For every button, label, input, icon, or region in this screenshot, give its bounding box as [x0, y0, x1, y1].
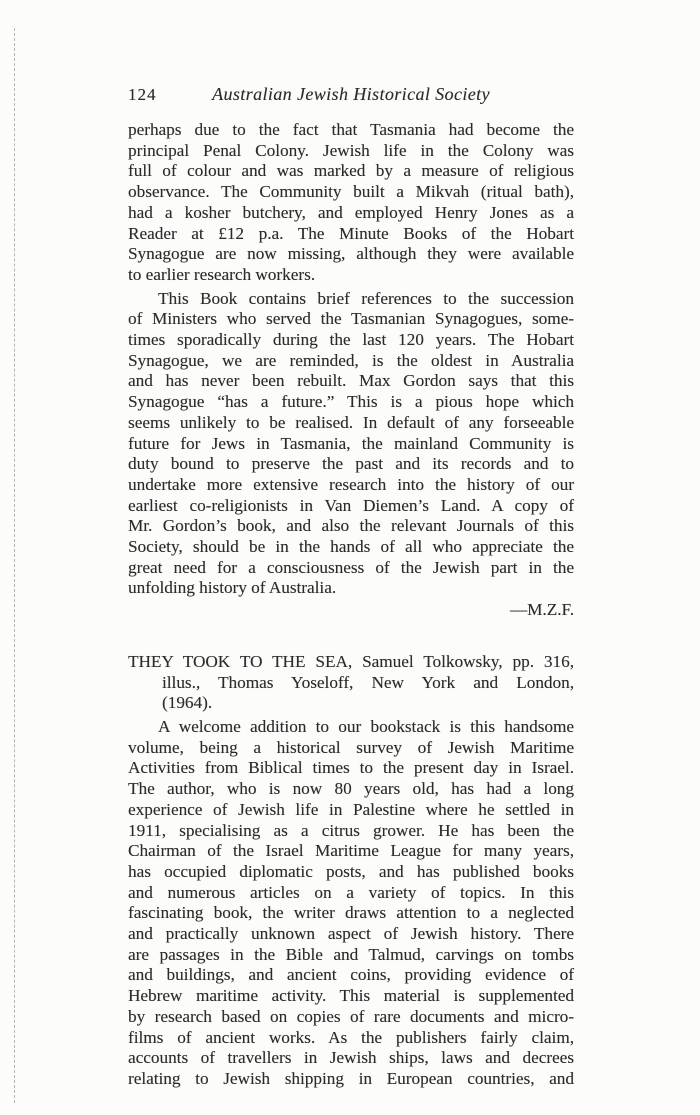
- scan-fold-artifact-line: [14, 28, 15, 1103]
- text-line: are passages in the Bible and Talmud, ca…: [128, 945, 574, 966]
- text-line: volume, being a historical survey of Jew…: [128, 738, 574, 759]
- text-line: seems unlikely to be realised. In defaul…: [128, 413, 574, 434]
- text-line: undertake more extensive research into t…: [128, 475, 574, 496]
- text-line: fascinating book, the writer draws atten…: [128, 903, 574, 924]
- text-line: and buildings, and ancient coins, provid…: [128, 965, 574, 986]
- text-line: THEY TOOK TO THE SEA, Samuel Tolkowsky, …: [128, 652, 574, 673]
- text-line: Synagogue, we are reminded, is the oldes…: [128, 351, 574, 372]
- text-line: illus., Thomas Yoseloff, New York and Lo…: [128, 673, 574, 694]
- text-line: (1964).: [128, 693, 574, 714]
- text-line: and has never been rebuilt. Max Gordon s…: [128, 371, 574, 392]
- reviewer-initials: —M.Z.F.: [128, 600, 574, 621]
- text-line: earliest co-religionists in Van Diemen’s…: [128, 496, 574, 517]
- text-line: Synagogue “has a future.” This is a piou…: [128, 392, 574, 413]
- text-line: observance. The Community built a Mikvah…: [128, 182, 574, 203]
- text-line: Society, should be in the hands of all w…: [128, 537, 574, 558]
- text-line: Reader at £12 p.a. The Minute Books of t…: [128, 224, 574, 245]
- page-content: 124 Australian Jewish Historical Society…: [128, 84, 574, 1090]
- text-line: This Book contains brief references to t…: [128, 289, 574, 310]
- text-line: by research based on copies of rare docu…: [128, 1007, 574, 1028]
- running-header: 124 Australian Jewish Historical Society: [128, 84, 574, 108]
- text-line: of Ministers who served the Tasmanian Sy…: [128, 309, 574, 330]
- text-line: Mr. Gordon’s book, and also the relevant…: [128, 516, 574, 537]
- text-line: A welcome addition to our bookstack is t…: [128, 717, 574, 738]
- text-line: Hebrew maritime activity. This material …: [128, 986, 574, 1007]
- text-line: has occupied diplomatic posts, and has p…: [128, 862, 574, 883]
- text-line: had a kosher butchery, and employed Henr…: [128, 203, 574, 224]
- journal-title: Australian Jewish Historical Society: [128, 84, 574, 105]
- text-line: principal Penal Colony. Jewish life in t…: [128, 141, 574, 162]
- scanned-page: 124 Australian Jewish Historical Society…: [0, 0, 700, 1115]
- text-line: duty bound to preserve the past and its …: [128, 454, 574, 475]
- text-line: Chairman of the Israel Maritime League f…: [128, 841, 574, 862]
- text-line: and numerous articles on a variety of to…: [128, 883, 574, 904]
- text-line: great need for a consciousness of the Je…: [128, 558, 574, 579]
- page-number: 124: [128, 85, 157, 105]
- text-line: accounts of travellers in Jewish ships, …: [128, 1048, 574, 1069]
- text-line: to earlier research workers.: [128, 265, 574, 286]
- text-line: perhaps due to the fact that Tasmania ha…: [128, 120, 574, 141]
- book-review-heading: THEY TOOK TO THE SEA, Samuel Tolkowsky, …: [128, 652, 574, 714]
- text-line: films of ancient works. As the publisher…: [128, 1028, 574, 1049]
- text-line: Synagogue are now missing, although they…: [128, 244, 574, 265]
- text-line: full of colour and was marked by a measu…: [128, 161, 574, 182]
- text-line: unfolding history of Australia.: [128, 578, 574, 599]
- text-line: future for Jews in Tasmania, the mainlan…: [128, 434, 574, 455]
- paragraph-book-commentary: This Book contains brief references to t…: [128, 289, 574, 600]
- text-line: experience of Jewish life in Palestine w…: [128, 800, 574, 821]
- text-line: Activities from Biblical times to the pr…: [128, 758, 574, 779]
- paragraph-review-body: A welcome addition to our bookstack is t…: [128, 717, 574, 1090]
- text-line: and practically unknown aspect of Jewish…: [128, 924, 574, 945]
- paragraph-tasmania-continuation: perhaps due to the fact that Tasmania ha…: [128, 120, 574, 286]
- text-line: times sporadically during the last 120 y…: [128, 330, 574, 351]
- text-line: The author, who is now 80 years old, has…: [128, 779, 574, 800]
- text-line: 1911, specialising as a citrus grower. H…: [128, 821, 574, 842]
- text-line: relating to Jewish shipping in European …: [128, 1069, 574, 1090]
